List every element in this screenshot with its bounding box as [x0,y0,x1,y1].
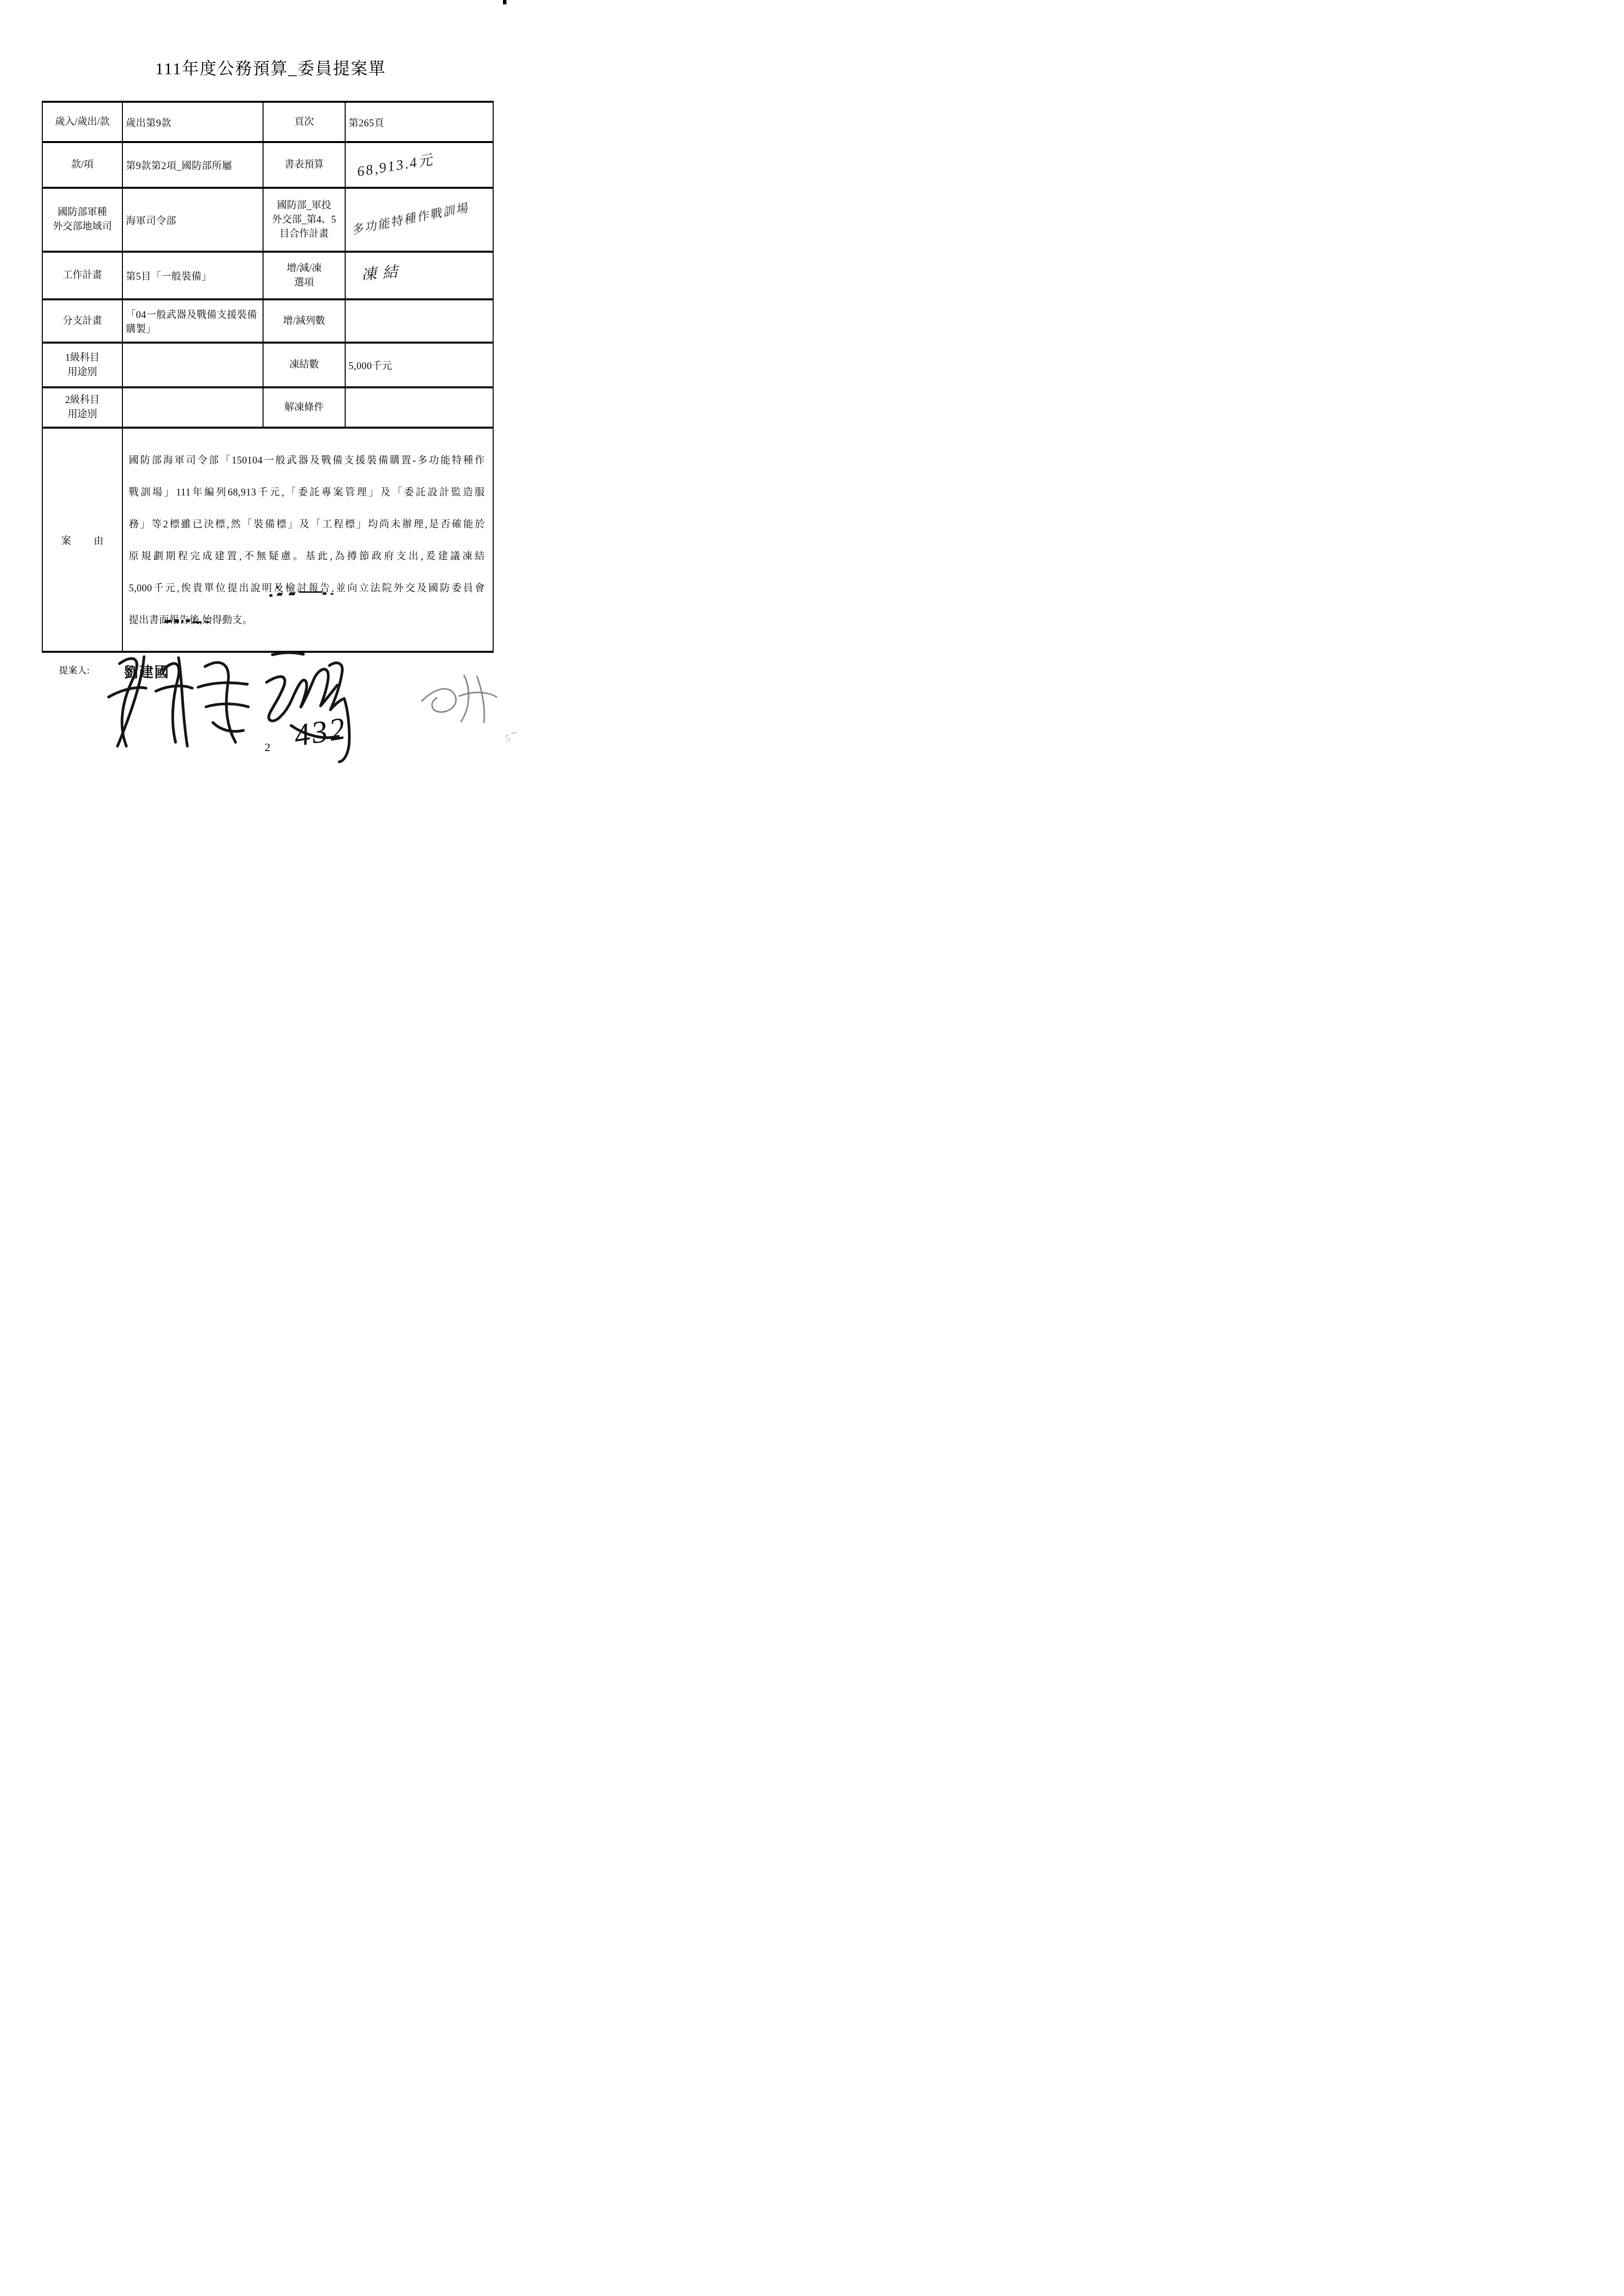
label-adjust-line-count: 增/減列數 [263,299,345,343]
table-row: 工作計畫 第5目「一般裝備」 增/減/凍 選項 凍結 [42,252,493,299]
handwritten-freeze: 凍結 [360,259,405,284]
label-level2-subject: 2級科目 用途別 [42,387,122,428]
case-line: 務」等2標雖已決標,然「裝備標」及「工程標」均尚未辦理,是否確能於 [123,509,493,541]
value-item: 第9款第2項_國防部所屬 [122,142,263,188]
table-row: 1級科目 用途別 凍結數 5,000千元 [42,343,493,387]
label-branch-plan: 分支計畫 [42,299,122,343]
faint-page-mark: 5 [504,733,512,745]
signature-liu-chien-kuo [101,650,258,751]
table-row: 分支計畫 「04一般武器及戰備支援裝備購製」 增/減列數 [42,299,493,343]
label-budget-category: 歲入/歲出/款 [42,102,122,142]
page-title: 111年度公務預算_委員提案單 [0,55,541,79]
scan-artifact [511,731,517,734]
label-level1-subject: 1級科目 用途別 [42,343,122,387]
table-row: 款/項 第9款第2項_國防部所屬 書表預算 68,913.4元 [42,142,493,188]
proposer-label: 提案人: [59,664,90,676]
scan-artifact [181,620,183,623]
label-adjust-option: 增/減/凍 選項 [263,252,345,299]
handwritten-budget-amount: 68,913.4元 [355,148,435,180]
table-row: 國防部軍種 外交部地域司 海軍司令部 國防部_軍投 外交部_第4、5 目合作計畫… [42,188,493,252]
case-line: 國防部海軍司令部「150104一般武器及戰備支援裝備購置-多功能特種作 [123,445,493,477]
value-adjust-line-count [345,299,493,343]
case-row: 案由 國防部海軍司令部「150104一般武器及戰備支援裝備購置-多功能特種作 戰… [42,428,493,652]
scan-artifact [186,619,190,622]
value-work-plan: 第5目「一般裝備」 [122,252,263,299]
scan-artifact [192,621,202,623]
label-unfreeze-condition: 解凍條件 [263,387,345,428]
case-subject-text: 案由 [61,533,126,547]
signature-third-faint [412,668,498,727]
value-frozen-amount: 5,000千元 [345,343,493,387]
table-row: 歲入/歲出/款 歲出第9款 頁次 第265頁 [42,102,493,142]
label-service-branch: 國防部軍種 外交部地域司 [42,188,122,252]
value-budget-category: 歲出第9款 [122,102,263,142]
case-line: 原規劃期程完成建置,不無疑慮。基此,為撙節政府支出,爰建議凍結 [123,541,493,573]
scan-artifact-top-mark [503,0,506,4]
scan-artifact [175,619,179,623]
value-unfreeze-condition [345,387,493,428]
value-level1-subject [122,343,263,387]
label-frozen-amount: 凍結數 [263,343,345,387]
label-book-budget: 書表預算 [263,142,345,188]
scan-artifact [323,592,326,595]
label-item: 款/項 [42,142,122,188]
scan-artifact [277,586,279,588]
handwritten-project-name: 多功能特種作戰訓場 [350,198,470,237]
case-line: 5,000千元,俟貴單位提出說明及檢討報告,並向立法院外交及國防委員會 [123,573,493,605]
scan-artifact [206,621,209,623]
value-page-index: 第265頁 [345,102,493,142]
label-cooperation-plan: 國防部_軍投 外交部_第4、5 目合作計畫 [263,188,345,252]
value-adjust-option: 凍結 [345,252,493,299]
scan-artifact [269,594,272,597]
label-page-index: 頁次 [263,102,345,142]
value-service-branch: 海軍司令部 [122,188,263,252]
scan-artifact [299,591,322,593]
value-cooperation-plan: 多功能特種作戰訓場 [345,188,493,252]
value-level2-subject [122,387,263,428]
scanned-document-page: { "title": "111年度公務預算_委員提案單", "table": {… [0,0,541,765]
case-line: 戰訓場」111年編列68,913千元,「委託專案管理」及「委託設計監造服 [123,477,493,509]
proposal-form-table: 歲入/歲出/款 歲出第9款 頁次 第265頁 款/項 第9款第2項_國防部所屬 … [42,101,494,653]
value-book-budget: 68,913.4元 [345,142,493,188]
value-branch-plan: 「04一般武器及戰備支援裝備購製」 [122,299,263,343]
page-number: 2 [265,741,270,755]
table-row: 2級科目 用途別 解凍條件 [42,387,493,428]
label-case-subject: 案由 [42,428,122,652]
scan-artifact [330,593,333,595]
case-description: 國防部海軍司令部「150104一般武器及戰備支援裝備購置-多功能特種作 戰訓場」… [122,428,493,652]
label-work-plan: 工作計畫 [42,252,122,299]
